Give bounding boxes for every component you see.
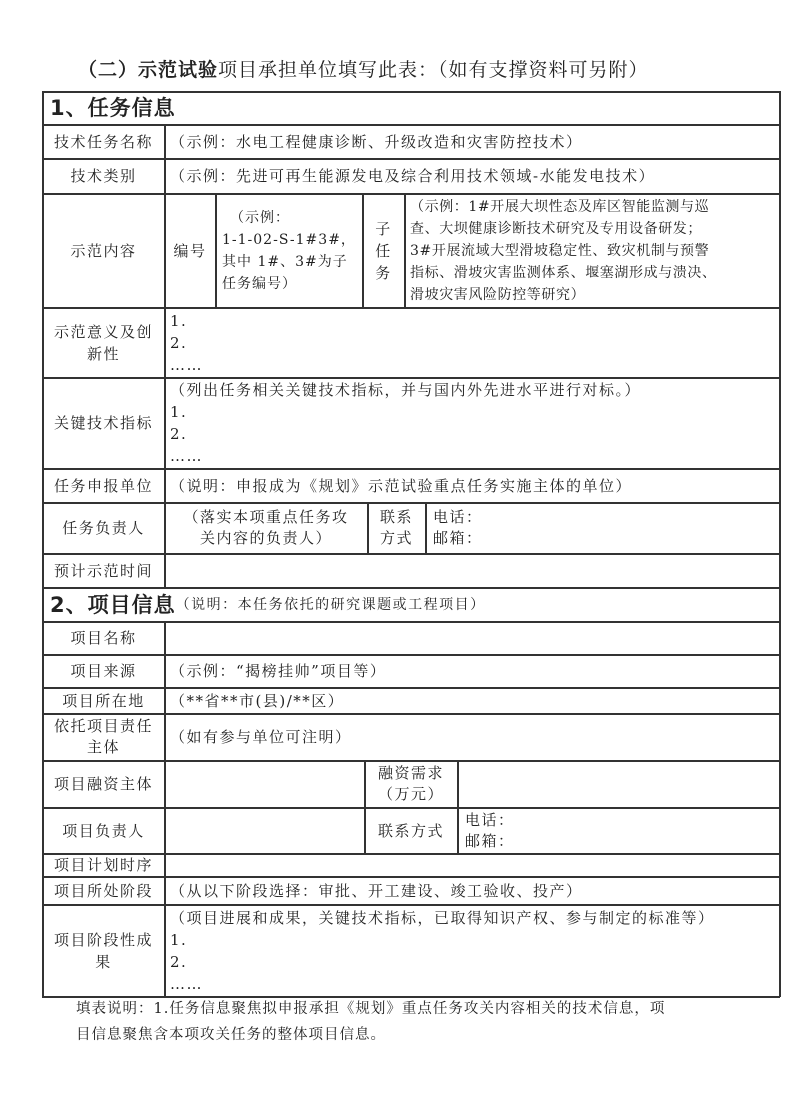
label-line: 方式 <box>380 528 413 549</box>
responsible-entity-label: 依托项目责任 主体 <box>43 714 164 760</box>
responsible-entity-field[interactable]: （如有参与单位可注明） <box>170 714 775 760</box>
label-line: 示范意义及创 <box>54 321 153 343</box>
leader-label: 任务负责人 <box>43 503 164 553</box>
subtask-line: 指标、滑坡灾害监测体系、堰塞湖形成与溃决、 <box>410 262 778 284</box>
label-line: 果 <box>95 951 112 973</box>
number-field[interactable]: （示例： 1-1-02-S-1#3#， 其中 1#、3#为子 任务编号） <box>222 194 362 307</box>
demo-time-field[interactable] <box>170 554 775 587</box>
label-line: 新性 <box>87 343 120 365</box>
heading-rest: 项目承担单位填写此表：（如有支撑资料可另附） <box>218 59 649 81</box>
section1-title: 1、任务信息 <box>50 92 770 124</box>
key-indicators-label: 关键技术指标 <box>43 378 164 468</box>
schedule-label: 项目计划时序 <box>43 854 164 876</box>
leader-field[interactable]: （落实本项重点任务攻 关内容的负责人） <box>165 503 367 553</box>
number-line: 1-1-02-S-1#3#， <box>222 229 362 251</box>
form-heading: （二）示范试验项目承担单位填写此表：（如有支撑资料可另附） <box>78 55 649 82</box>
project-location-field[interactable]: （**省**市(县)/**区） <box>170 688 775 713</box>
financing-demand-field[interactable] <box>464 761 774 807</box>
stage-label: 项目所处阶段 <box>43 877 164 904</box>
project-name-field[interactable] <box>170 622 775 654</box>
key-indicators-field[interactable]: （列出任务相关关键技术指标，并与国内外先进水平进行对标。） 1. 2. …… <box>170 378 775 468</box>
financing-field[interactable] <box>170 761 362 807</box>
project-contact-field[interactable]: 电话： 邮箱： <box>465 808 775 853</box>
number-line: （示例： <box>222 207 362 229</box>
subtask-line: （示例：1#开展大坝性态及库区智能监测与巡 <box>410 196 778 218</box>
tech-category-field[interactable]: （示例：先进可再生能源发电及综合利用技术领域-水能发电技术） <box>170 159 775 193</box>
label-line: 项目阶段性成 <box>54 929 153 951</box>
list-item: 2. <box>170 332 775 354</box>
list-item: 1. <box>170 929 775 951</box>
list-item: （项目进展和成果，关键技术指标，已取得知识产权、参与制定的标准等） <box>170 907 775 929</box>
number-label: 编号 <box>165 194 215 307</box>
applicant-field[interactable]: （说明：申报成为《规划》示范试验重点任务实施主体的单位） <box>170 469 775 502</box>
label-line: （万元） <box>378 784 444 805</box>
list-item: 2. <box>170 423 775 445</box>
subtask-label-char: 子 <box>375 218 392 240</box>
schedule-field[interactable] <box>170 854 775 876</box>
number-line: 其中 1#、3#为子 <box>222 251 362 273</box>
leader-line: 关内容的负责人） <box>200 528 332 549</box>
label-line: 融资需求 <box>378 763 444 784</box>
subtask-line: 滑坡灾害风险防控等研究） <box>410 284 778 306</box>
section2-note: （说明：本任务依托的研究课题或工程项目） <box>176 594 486 616</box>
project-contact-label: 联系方式 <box>365 808 457 853</box>
list-item: …… <box>170 445 775 467</box>
project-name-label: 项目名称 <box>43 622 164 654</box>
label-line: 依托项目责任 <box>54 716 153 737</box>
list-item: …… <box>170 973 775 995</box>
form-footnote: 填表说明：1.任务信息聚焦拟申报承担《规划》重点任务攻关内容相关的技术信息，项 … <box>76 996 766 1048</box>
project-source-field[interactable]: （示例：“揭榜挂帅”项目等） <box>170 655 775 687</box>
section2-title: 2、项目信息 <box>50 594 176 616</box>
number-line: 任务编号） <box>222 273 362 295</box>
project-source-label: 项目来源 <box>43 655 164 687</box>
phone-field[interactable]: 电话： <box>465 810 775 831</box>
subtask-label-char: 务 <box>375 262 392 284</box>
email-field[interactable]: 邮箱： <box>465 831 775 852</box>
demo-content-label: 示范内容 <box>43 194 164 307</box>
achievements-label: 项目阶段性成 果 <box>43 905 164 996</box>
subtask-line: 3#开展流域大型滑坡稳定性、致灾机制与预警 <box>410 240 778 262</box>
subtask-line: 查、大坝健康诊断技术研究及专用设备研发； <box>410 218 778 240</box>
subtask-label-char: 任 <box>375 240 392 262</box>
leader-line: （落实本项重点任务攻 <box>183 507 348 528</box>
heading-prefix: （二） <box>78 59 138 81</box>
task-name-label: 技术任务名称 <box>43 125 164 158</box>
label-line: 主体 <box>87 737 120 758</box>
footnote-line: 填表说明：1.任务信息聚焦拟申报承担《规划》重点任务攻关内容相关的技术信息，项 <box>76 996 766 1022</box>
heading-bold: 示范试验 <box>138 59 218 81</box>
list-item: （列出任务相关关键技术指标，并与国内外先进水平进行对标。） <box>170 379 775 401</box>
list-item: 2. <box>170 951 775 973</box>
subtask-field[interactable]: （示例：1#开展大坝性态及库区智能监测与巡 查、大坝健康诊断技术研究及专用设备研… <box>410 194 778 307</box>
leader-contact-label: 联系 方式 <box>368 503 425 553</box>
significance-field[interactable]: 1. 2. …… <box>170 308 775 377</box>
financing-demand-label: 融资需求 （万元） <box>365 761 457 807</box>
applicant-label: 任务申报单位 <box>43 469 164 502</box>
project-leader-label: 项目负责人 <box>43 808 164 853</box>
task-name-field[interactable]: （示例：水电工程健康诊断、升级改造和灾害防控技术） <box>170 125 775 158</box>
list-item: …… <box>170 354 775 376</box>
tech-category-label: 技术类别 <box>43 159 164 193</box>
list-item: 1. <box>170 401 775 423</box>
footnote-line: 目信息聚焦含本项攻关任务的整体项目信息。 <box>76 1022 766 1048</box>
achievements-field[interactable]: （项目进展和成果，关键技术指标，已取得知识产权、参与制定的标准等） 1. 2. … <box>170 905 775 996</box>
significance-label: 示范意义及创 新性 <box>43 308 164 377</box>
phone-field[interactable]: 电话： <box>433 507 773 528</box>
list-item: 1. <box>170 310 775 332</box>
demo-time-label: 预计示范时间 <box>43 554 164 587</box>
project-location-label: 项目所在地 <box>43 688 164 713</box>
email-field[interactable]: 邮箱： <box>433 528 773 549</box>
label-line: 联系 <box>380 507 413 528</box>
leader-contact-field[interactable]: 电话： 邮箱： <box>433 503 773 553</box>
section2-header: 2、项目信息 （说明：本任务依托的研究课题或工程项目） <box>50 588 770 621</box>
project-leader-field[interactable] <box>170 808 362 853</box>
financing-label: 项目融资主体 <box>43 761 164 807</box>
subtask-label: 子 任 务 <box>363 194 404 307</box>
stage-field[interactable]: （从以下阶段选择：审批、开工建设、竣工验收、投产） <box>170 877 775 904</box>
